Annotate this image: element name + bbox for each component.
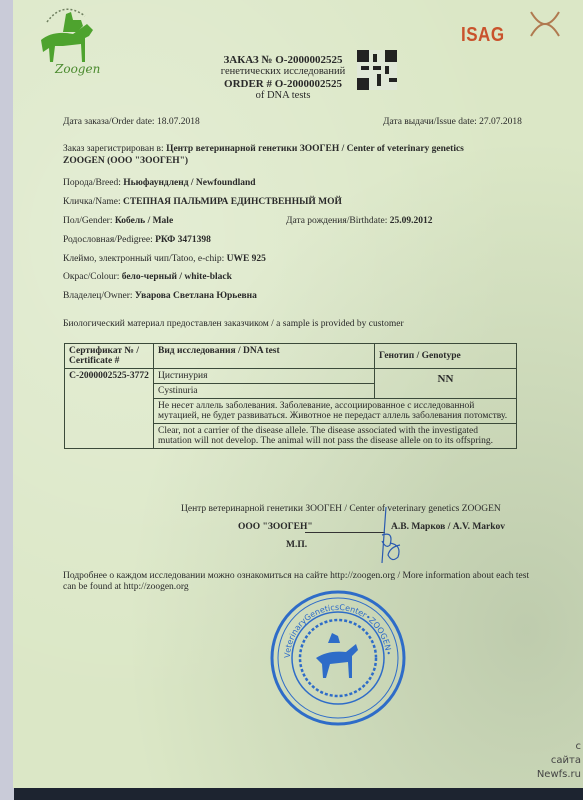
qr-code-icon xyxy=(357,50,397,90)
order-number-block: ЗАКАЗ № О-2000002525 генетических исслед… xyxy=(213,54,353,102)
breed-field: Порода/Breed: Ньюфаундленд / Newfoundlan… xyxy=(63,178,256,188)
test-name-ru: Цистинурия xyxy=(154,369,375,384)
name-field: Кличка/Name: СТЕПНАЯ ПАЛЬМИРА ЕДИНСТВЕНН… xyxy=(63,197,342,207)
header-dna-test: Вид исследования / DNA test xyxy=(154,344,375,369)
issuer-company: ООО "ЗООГЕН" xyxy=(238,522,313,532)
chip-field: Клеймо, электронный чип/Tatoo, e-chip: U… xyxy=(63,254,266,264)
background-edge xyxy=(0,0,14,800)
certificate-number: C-2000002525-3772 xyxy=(65,369,154,449)
pedigree-field: Родословная/Pedigree: РКФ 3471398 xyxy=(63,235,211,245)
signer-name: А.В. Марков / A.V. Markov xyxy=(391,522,505,532)
dna-test-results-table: Сертификат № / Certificate # Вид исследо… xyxy=(64,343,517,449)
logo-text: Zoogen xyxy=(55,62,100,76)
issue-date: Дата выдачи/Issue date: 27.07.2018 xyxy=(383,117,522,127)
sample-note: Биологический материал предоставлен зака… xyxy=(63,319,404,329)
registered-at-line2: ZOOGEN (ООО "ЗООГЕН") xyxy=(63,156,188,166)
order-subtitle-ru: генетических исследований xyxy=(213,66,353,78)
svg-text:VeterinaryGeneticsCenter•ZOOGE: VeterinaryGeneticsCenter•ZOOGEN• xyxy=(283,603,393,658)
result-description-ru: Не несет аллель заболевания. Заболевание… xyxy=(154,399,517,424)
birthdate-field: Дата рождения/Birthdate: 25.09.2012 xyxy=(286,216,432,226)
issue-date-value: 27.07.2018 xyxy=(479,117,522,127)
test-name-en: Cystinuria xyxy=(154,384,375,399)
gender-field: Пол/Gender: Кобель / Male xyxy=(63,216,173,226)
header-genotype: Генотип / Genotype xyxy=(375,344,517,369)
issuer-center: Центр ветеринарной генетики ЗООГЕН / Cen… xyxy=(181,504,501,514)
order-number-en: ORDER # O-2000002525 xyxy=(213,78,353,90)
isag-emblem-icon xyxy=(525,6,565,42)
order-number-ru: ЗАКАЗ № О-2000002525 xyxy=(213,54,353,66)
colour-field: Окрас/Colour: бело-черный / white-black xyxy=(63,272,232,282)
genotype-value: NN xyxy=(375,369,517,399)
zoogen-round-stamp-icon: VeterinaryGeneticsCenter•ZOOGEN• xyxy=(268,588,408,728)
certificate-document: Zoogen ISAG ЗАКАЗ № О-2000002525 генетич… xyxy=(13,0,583,788)
order-date: Дата заказа/Order date: 18.07.2018 xyxy=(63,117,200,127)
site-watermark: с сайта Newfs.ru xyxy=(503,733,583,788)
seal-place: М.П. xyxy=(286,540,307,550)
isag-logo: ISAG xyxy=(461,23,505,47)
result-description-en: Clear, not a carrier of the disease alle… xyxy=(154,424,517,449)
header-certificate: Сертификат № / Certificate # xyxy=(65,344,154,369)
order-date-value: 18.07.2018 xyxy=(157,117,200,127)
handwritten-signature-icon xyxy=(368,505,408,565)
owner-field: Владелец/Owner: Уварова Светлана Юрьевна xyxy=(63,291,257,301)
registered-at: Заказ зарегистрирован в: Центр ветеринар… xyxy=(63,144,464,154)
order-subtitle-en: of DNA tests xyxy=(213,90,353,102)
